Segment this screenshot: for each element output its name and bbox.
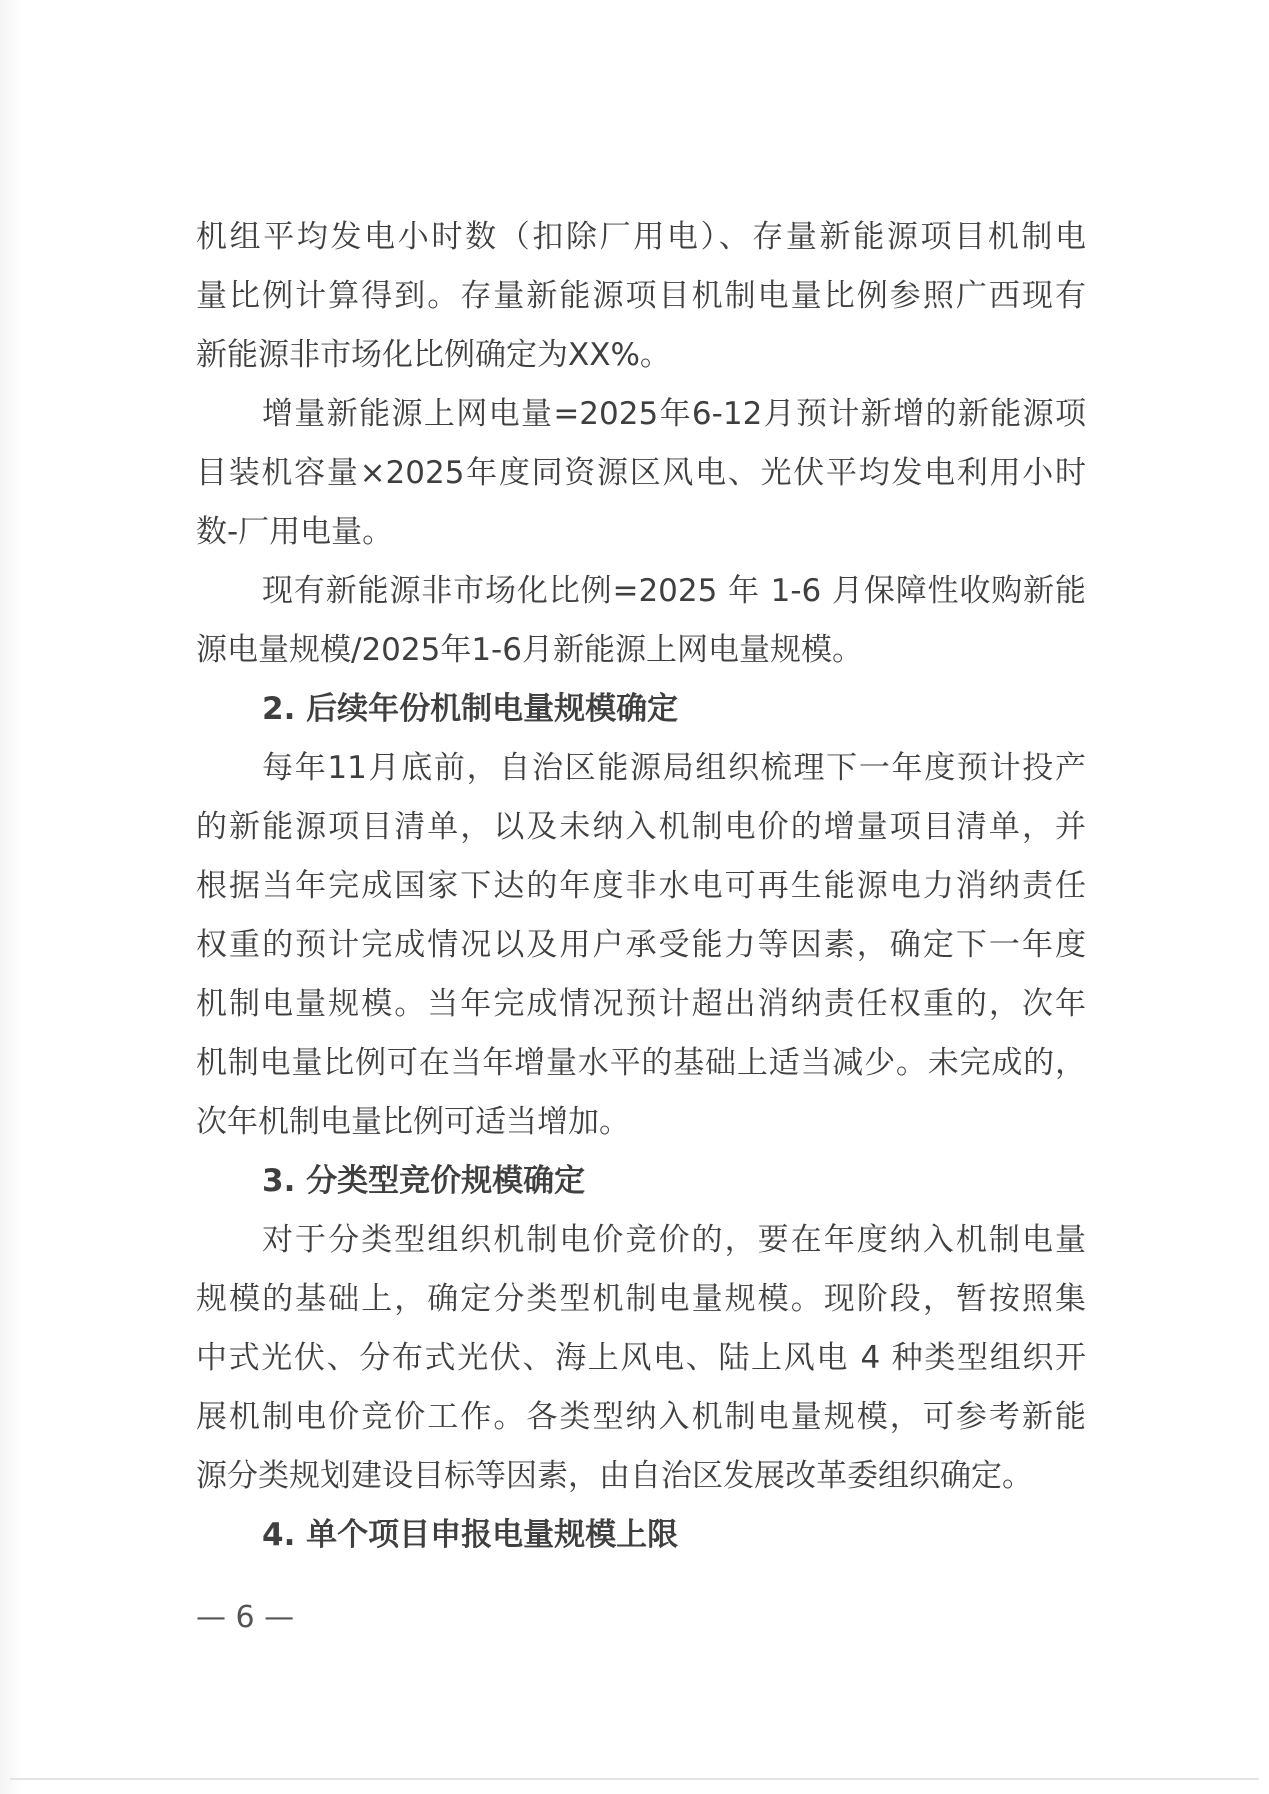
body-line: 现有新能源非市场化比例=2025 年 1-6 月保障性收购新能	[196, 562, 1086, 621]
section-heading: 3. 分类型竞价规模确定	[196, 1152, 1086, 1211]
body-line: 机制电量规模。当年完成情况预计超出消纳责任权重的，次年	[196, 975, 1086, 1034]
body-line: 机制电量比例可在当年增量水平的基础上适当减少。未完成的，	[196, 1034, 1086, 1093]
scan-edge-left	[0, 0, 22, 1794]
page-number: — 6 —	[196, 1598, 294, 1638]
body-line: 规模的基础上，确定分类型机制电量规模。现阶段，暂按照集	[196, 1270, 1086, 1329]
body-line: 量比例计算得到。存量新能源项目机制电量比例参照广西现有	[196, 267, 1086, 326]
body-line: 新能源非市场化比例确定为XX%。	[196, 326, 1086, 385]
body-line: 每年11月底前，自治区能源局组织梳理下一年度预计投产	[196, 739, 1086, 798]
body-line: 中式光伏、分布式光伏、海上风电、陆上风电 4 种类型组织开	[196, 1329, 1086, 1388]
body-line: 数-厂用电量。	[196, 503, 1086, 562]
body-line: 次年机制电量比例可适当增加。	[196, 1093, 1086, 1152]
body-line: 展机制电价竞价工作。各类型纳入机制电量规模，可参考新能	[196, 1388, 1086, 1447]
body-line: 机组平均发电小时数（扣除厂用电）、存量新能源项目机制电	[196, 208, 1086, 267]
body-line: 目装机容量×2025年度同资源区风电、光伏平均发电利用小时	[196, 444, 1086, 503]
section-heading: 4. 单个项目申报电量规模上限	[196, 1506, 1086, 1565]
document-body: 机组平均发电小时数（扣除厂用电）、存量新能源项目机制电 量比例计算得到。存量新能…	[196, 208, 1086, 1565]
body-line: 源分类规划建设目标等因素，由自治区发展改革委组织确定。	[196, 1447, 1086, 1506]
section-heading: 2. 后续年份机制电量规模确定	[196, 680, 1086, 739]
body-line: 源电量规模/2025年1-6月新能源上网电量规模。	[196, 621, 1086, 680]
body-line: 的新能源项目清单，以及未纳入机制电价的增量项目清单，并	[196, 798, 1086, 857]
body-line: 根据当年完成国家下达的年度非水电可再生能源电力消纳责任	[196, 857, 1086, 916]
scan-edge-bottom	[10, 1778, 1259, 1780]
body-line: 对于分类型组织机制电价竞价的，要在年度纳入机制电量	[196, 1211, 1086, 1270]
body-line: 增量新能源上网电量=2025年6-12月预计新增的新能源项	[196, 385, 1086, 444]
body-line: 权重的预计完成情况以及用户承受能力等因素，确定下一年度	[196, 916, 1086, 975]
